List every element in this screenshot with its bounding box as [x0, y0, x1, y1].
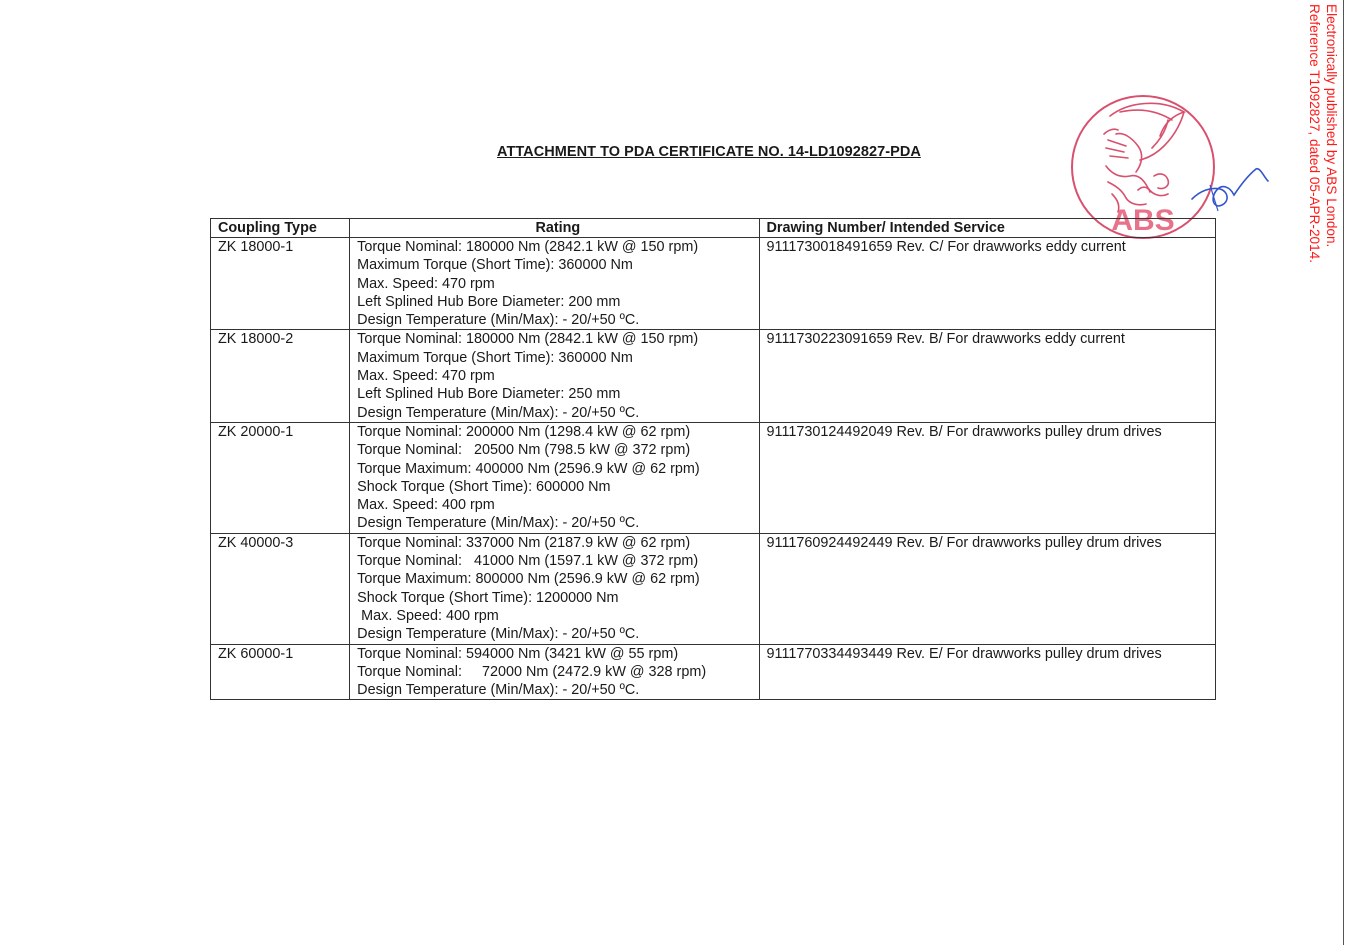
- rating-line: Torque Nominal: 594000 Nm (3421 kW @ 55 …: [357, 645, 758, 663]
- document-title: ATTACHMENT TO PDA CERTIFICATE NO. 14-LD1…: [497, 144, 921, 160]
- publication-note-line2: Reference T1092827, dated 05-APR-2014.: [1306, 4, 1323, 263]
- rating-line: Design Temperature (Min/Max): - 20/+50 º…: [357, 681, 758, 699]
- table-row: ZK 18000-1Torque Nominal: 180000 Nm (284…: [211, 238, 1216, 330]
- header-rating: Rating: [350, 219, 759, 238]
- table-row: ZK 60000-1Torque Nominal: 594000 Nm (342…: [211, 644, 1216, 700]
- signature-icon: [1190, 155, 1270, 215]
- drawing-cell: 9111730223091659 Rev. B/ For drawworks e…: [759, 330, 1215, 422]
- coupling-type-cell: ZK 18000-2: [211, 330, 350, 422]
- rating-cell: Torque Nominal: 180000 Nm (2842.1 kW @ 1…: [350, 238, 759, 330]
- rating-line: Torque Maximum: 800000 Nm (2596.9 kW @ 6…: [357, 570, 758, 588]
- drawing-cell: 9111730018491659 Rev. C/ For drawworks e…: [759, 238, 1215, 330]
- rating-line: Maximum Torque (Short Time): 360000 Nm: [357, 256, 758, 274]
- drawing-cell: 9111760924492449 Rev. B/ For drawworks p…: [759, 533, 1215, 644]
- publication-note-line1: Electronically published by ABS London.: [1323, 4, 1340, 263]
- table-row: ZK 40000-3Torque Nominal: 337000 Nm (218…: [211, 533, 1216, 644]
- coupling-spec-table: Coupling Type Rating Drawing Number/ Int…: [210, 218, 1216, 700]
- page-edge: [1343, 0, 1344, 945]
- drawing-cell: 9111770334493449 Rev. E/ For drawworks p…: [759, 644, 1215, 700]
- rating-line: Shock Torque (Short Time): 600000 Nm: [357, 478, 758, 496]
- rating-cell: Torque Nominal: 337000 Nm (2187.9 kW @ 6…: [350, 533, 759, 644]
- rating-line: Design Temperature (Min/Max): - 20/+50 º…: [357, 514, 758, 532]
- table-header-row: Coupling Type Rating Drawing Number/ Int…: [211, 219, 1216, 238]
- rating-line: Design Temperature (Min/Max): - 20/+50 º…: [357, 404, 758, 422]
- rating-line: Shock Torque (Short Time): 1200000 Nm: [357, 589, 758, 607]
- rating-line: Max. Speed: 400 rpm: [357, 496, 758, 514]
- rating-line: Torque Nominal: 180000 Nm (2842.1 kW @ 1…: [357, 238, 758, 256]
- drawing-number-service: 9111730018491659 Rev. C/ For drawworks e…: [767, 238, 1215, 256]
- rating-line: Max. Speed: 400 rpm: [357, 607, 758, 625]
- table-row: ZK 18000-2Torque Nominal: 180000 Nm (284…: [211, 330, 1216, 422]
- rating-line: Left Splined Hub Bore Diameter: 200 mm: [357, 293, 758, 311]
- header-drawing: Drawing Number/ Intended Service: [759, 219, 1215, 238]
- drawing-cell: 9111730124492049 Rev. B/ For drawworks p…: [759, 422, 1215, 533]
- rating-cell: Torque Nominal: 180000 Nm (2842.1 kW @ 1…: [350, 330, 759, 422]
- rating-line: Torque Nominal: 180000 Nm (2842.1 kW @ 1…: [357, 330, 758, 348]
- rating-line: Torque Nominal: 337000 Nm (2187.9 kW @ 6…: [357, 534, 758, 552]
- coupling-type-cell: ZK 40000-3: [211, 533, 350, 644]
- rating-line: Max. Speed: 470 rpm: [357, 275, 758, 293]
- header-coupling-type: Coupling Type: [211, 219, 350, 238]
- rating-cell: Torque Nominal: 200000 Nm (1298.4 kW @ 6…: [350, 422, 759, 533]
- rating-line: Max. Speed: 470 rpm: [357, 367, 758, 385]
- rating-line: Left Splined Hub Bore Diameter: 250 mm: [357, 385, 758, 403]
- coupling-type-cell: ZK 60000-1: [211, 644, 350, 700]
- rating-line: Torque Nominal: 200000 Nm (1298.4 kW @ 6…: [357, 423, 758, 441]
- drawing-number-service: 9111770334493449 Rev. E/ For drawworks p…: [767, 645, 1215, 663]
- table-row: ZK 20000-1Torque Nominal: 200000 Nm (129…: [211, 422, 1216, 533]
- rating-line: Torque Nominal: 72000 Nm (2472.9 kW @ 32…: [357, 663, 758, 681]
- drawing-number-service: 9111760924492449 Rev. B/ For drawworks p…: [767, 534, 1215, 552]
- drawing-number-service: 9111730124492049 Rev. B/ For drawworks p…: [767, 423, 1215, 441]
- rating-line: Torque Maximum: 400000 Nm (2596.9 kW @ 6…: [357, 460, 758, 478]
- drawing-number-service: 9111730223091659 Rev. B/ For drawworks e…: [767, 330, 1215, 348]
- rating-line: Torque Nominal: 20500 Nm (798.5 kW @ 372…: [357, 441, 758, 459]
- rating-line: Torque Nominal: 41000 Nm (1597.1 kW @ 37…: [357, 552, 758, 570]
- rating-line: Design Temperature (Min/Max): - 20/+50 º…: [357, 311, 758, 329]
- rating-line: Design Temperature (Min/Max): - 20/+50 º…: [357, 625, 758, 643]
- rating-cell: Torque Nominal: 594000 Nm (3421 kW @ 55 …: [350, 644, 759, 700]
- publication-note: Electronically published by ABS London. …: [1306, 4, 1340, 263]
- coupling-type-cell: ZK 18000-1: [211, 238, 350, 330]
- rating-line: Maximum Torque (Short Time): 360000 Nm: [357, 349, 758, 367]
- coupling-type-cell: ZK 20000-1: [211, 422, 350, 533]
